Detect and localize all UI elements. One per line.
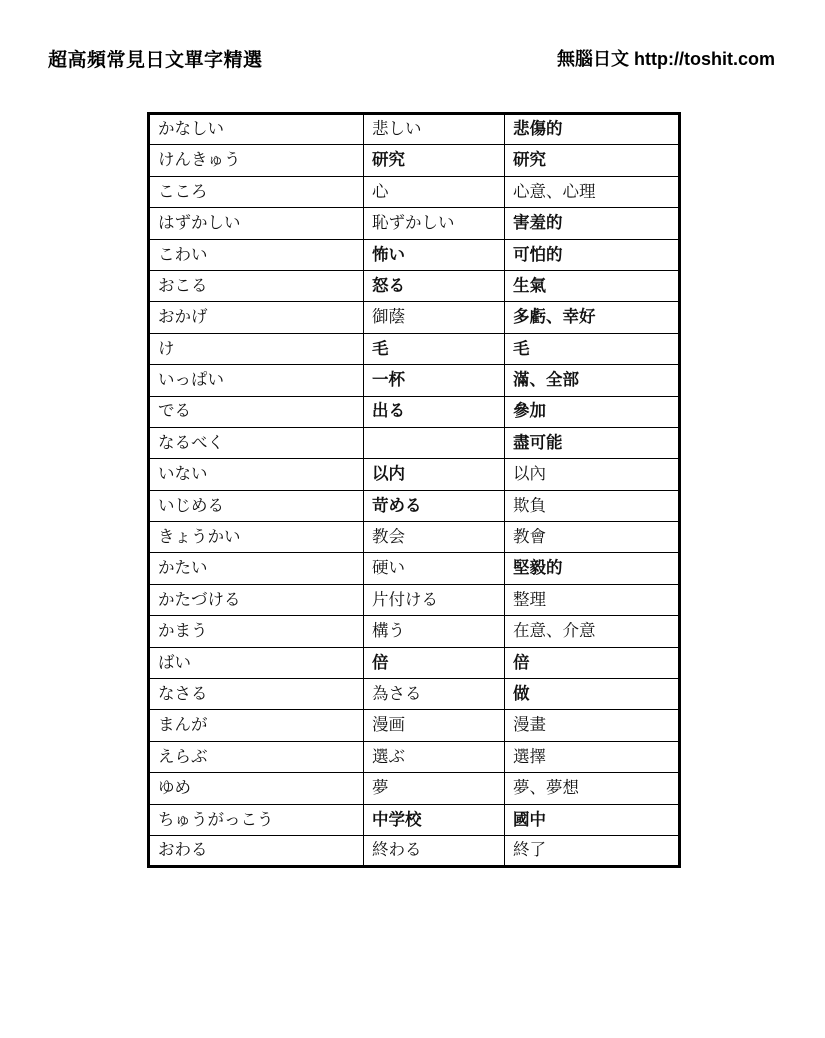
table-row: かまう 構う 在意、介意 — [149, 616, 680, 647]
kanji-cell: 研究 — [364, 145, 505, 176]
meaning-cell: 做 — [505, 679, 680, 710]
kanji-cell: 御蔭 — [364, 302, 505, 333]
kanji-cell: 一杯 — [364, 365, 505, 396]
kanji-cell: 怖い — [364, 239, 505, 270]
kana-cell: かたづける — [149, 584, 364, 615]
kanji-cell: 苛める — [364, 490, 505, 521]
kanji-cell: 恥ずかしい — [364, 208, 505, 239]
meaning-cell: 欺負 — [505, 490, 680, 521]
kanji-cell: 以内 — [364, 459, 505, 490]
kana-cell: おこる — [149, 270, 364, 301]
kana-cell: こころ — [149, 176, 364, 207]
meaning-cell: 盡可能 — [505, 427, 680, 458]
meaning-cell: 選擇 — [505, 741, 680, 772]
kanji-cell: 漫画 — [364, 710, 505, 741]
kana-cell: いない — [149, 459, 364, 490]
meaning-cell: 滿、全部 — [505, 365, 680, 396]
kana-cell: いっぱい — [149, 365, 364, 396]
meaning-cell: 整理 — [505, 584, 680, 615]
meaning-cell: 毛 — [505, 333, 680, 364]
table-row: ちゅうがっこう 中学校 國中 — [149, 804, 680, 835]
vocab-table-body: かなしい 悲しい 悲傷的 けんきゅう 研究 研究 こころ 心 心意、心理 はずか… — [149, 114, 680, 867]
meaning-cell: 多虧、幸好 — [505, 302, 680, 333]
meaning-cell: 心意、心理 — [505, 176, 680, 207]
table-row: いっぱい 一杯 滿、全部 — [149, 365, 680, 396]
meaning-cell: 以內 — [505, 459, 680, 490]
kanji-cell: 怒る — [364, 270, 505, 301]
table-row: こわい 怖い 可怕的 — [149, 239, 680, 270]
kanji-cell: 為さる — [364, 679, 505, 710]
meaning-cell: 研究 — [505, 145, 680, 176]
kana-cell: えらぶ — [149, 741, 364, 772]
kanji-cell: 毛 — [364, 333, 505, 364]
table-row: ばい 倍 倍 — [149, 647, 680, 678]
kana-cell: け — [149, 333, 364, 364]
kana-cell: けんきゅう — [149, 145, 364, 176]
table-row: まんが 漫画 漫畫 — [149, 710, 680, 741]
meaning-cell: 教會 — [505, 522, 680, 553]
meaning-cell: 堅毅的 — [505, 553, 680, 584]
kanji-cell: 構う — [364, 616, 505, 647]
kana-cell: かなしい — [149, 114, 364, 145]
table-row: け 毛 毛 — [149, 333, 680, 364]
meaning-cell: 倍 — [505, 647, 680, 678]
kanji-cell: 心 — [364, 176, 505, 207]
site-credit: 無腦日文 http://toshit.com — [557, 45, 775, 71]
table-row: なるべく 盡可能 — [149, 427, 680, 458]
kanji-cell: 選ぶ — [364, 741, 505, 772]
kanji-cell: 倍 — [364, 647, 505, 678]
meaning-cell: 終了 — [505, 835, 680, 866]
kana-cell: かたい — [149, 553, 364, 584]
kana-cell: はずかしい — [149, 208, 364, 239]
kana-cell: かまう — [149, 616, 364, 647]
kana-cell: きょうかい — [149, 522, 364, 553]
table-row: いない 以内 以內 — [149, 459, 680, 490]
table-row: きょうかい 教会 教會 — [149, 522, 680, 553]
kanji-cell: 悲しい — [364, 114, 505, 145]
table-row: こころ 心 心意、心理 — [149, 176, 680, 207]
kanji-cell — [364, 427, 505, 458]
table-row: ゆめ 夢 夢、夢想 — [149, 773, 680, 804]
meaning-cell: 參加 — [505, 396, 680, 427]
meaning-cell: 夢、夢想 — [505, 773, 680, 804]
meaning-cell: 害羞的 — [505, 208, 680, 239]
meaning-cell: 生氣 — [505, 270, 680, 301]
kana-cell: まんが — [149, 710, 364, 741]
table-row: かなしい 悲しい 悲傷的 — [149, 114, 680, 145]
meaning-cell: 漫畫 — [505, 710, 680, 741]
table-row: おこる 怒る 生氣 — [149, 270, 680, 301]
document-page: 超高頻常見日文單字精選 無腦日文 http://toshit.com かなしい … — [0, 0, 825, 1038]
meaning-cell: 悲傷的 — [505, 114, 680, 145]
vocab-table: かなしい 悲しい 悲傷的 けんきゅう 研究 研究 こころ 心 心意、心理 はずか… — [147, 112, 681, 868]
kana-cell: なさる — [149, 679, 364, 710]
kanji-cell: 中学校 — [364, 804, 505, 835]
meaning-cell: 在意、介意 — [505, 616, 680, 647]
kanji-cell: 出る — [364, 396, 505, 427]
kana-cell: おかげ — [149, 302, 364, 333]
kana-cell: ちゅうがっこう — [149, 804, 364, 835]
kanji-cell: 硬い — [364, 553, 505, 584]
kanji-cell: 片付ける — [364, 584, 505, 615]
kana-cell: なるべく — [149, 427, 364, 458]
table-row: えらぶ 選ぶ 選擇 — [149, 741, 680, 772]
kana-cell: ばい — [149, 647, 364, 678]
kana-cell: いじめる — [149, 490, 364, 521]
kanji-cell: 教会 — [364, 522, 505, 553]
table-row: でる 出る 參加 — [149, 396, 680, 427]
kana-cell: こわい — [149, 239, 364, 270]
kana-cell: でる — [149, 396, 364, 427]
kanji-cell: 終わる — [364, 835, 505, 866]
kana-cell: ゆめ — [149, 773, 364, 804]
table-row: かたづける 片付ける 整理 — [149, 584, 680, 615]
table-row: はずかしい 恥ずかしい 害羞的 — [149, 208, 680, 239]
kanji-cell: 夢 — [364, 773, 505, 804]
table-row: いじめる 苛める 欺負 — [149, 490, 680, 521]
table-row: おかげ 御蔭 多虧、幸好 — [149, 302, 680, 333]
table-row: なさる 為さる 做 — [149, 679, 680, 710]
table-row: おわる 終わる 終了 — [149, 835, 680, 866]
page-header: 超高頻常見日文單字精選 無腦日文 http://toshit.com — [48, 44, 775, 72]
table-row: かたい 硬い 堅毅的 — [149, 553, 680, 584]
meaning-cell: 國中 — [505, 804, 680, 835]
kana-cell: おわる — [149, 835, 364, 866]
meaning-cell: 可怕的 — [505, 239, 680, 270]
table-row: けんきゅう 研究 研究 — [149, 145, 680, 176]
page-title: 超高頻常見日文單字精選 — [48, 45, 263, 72]
